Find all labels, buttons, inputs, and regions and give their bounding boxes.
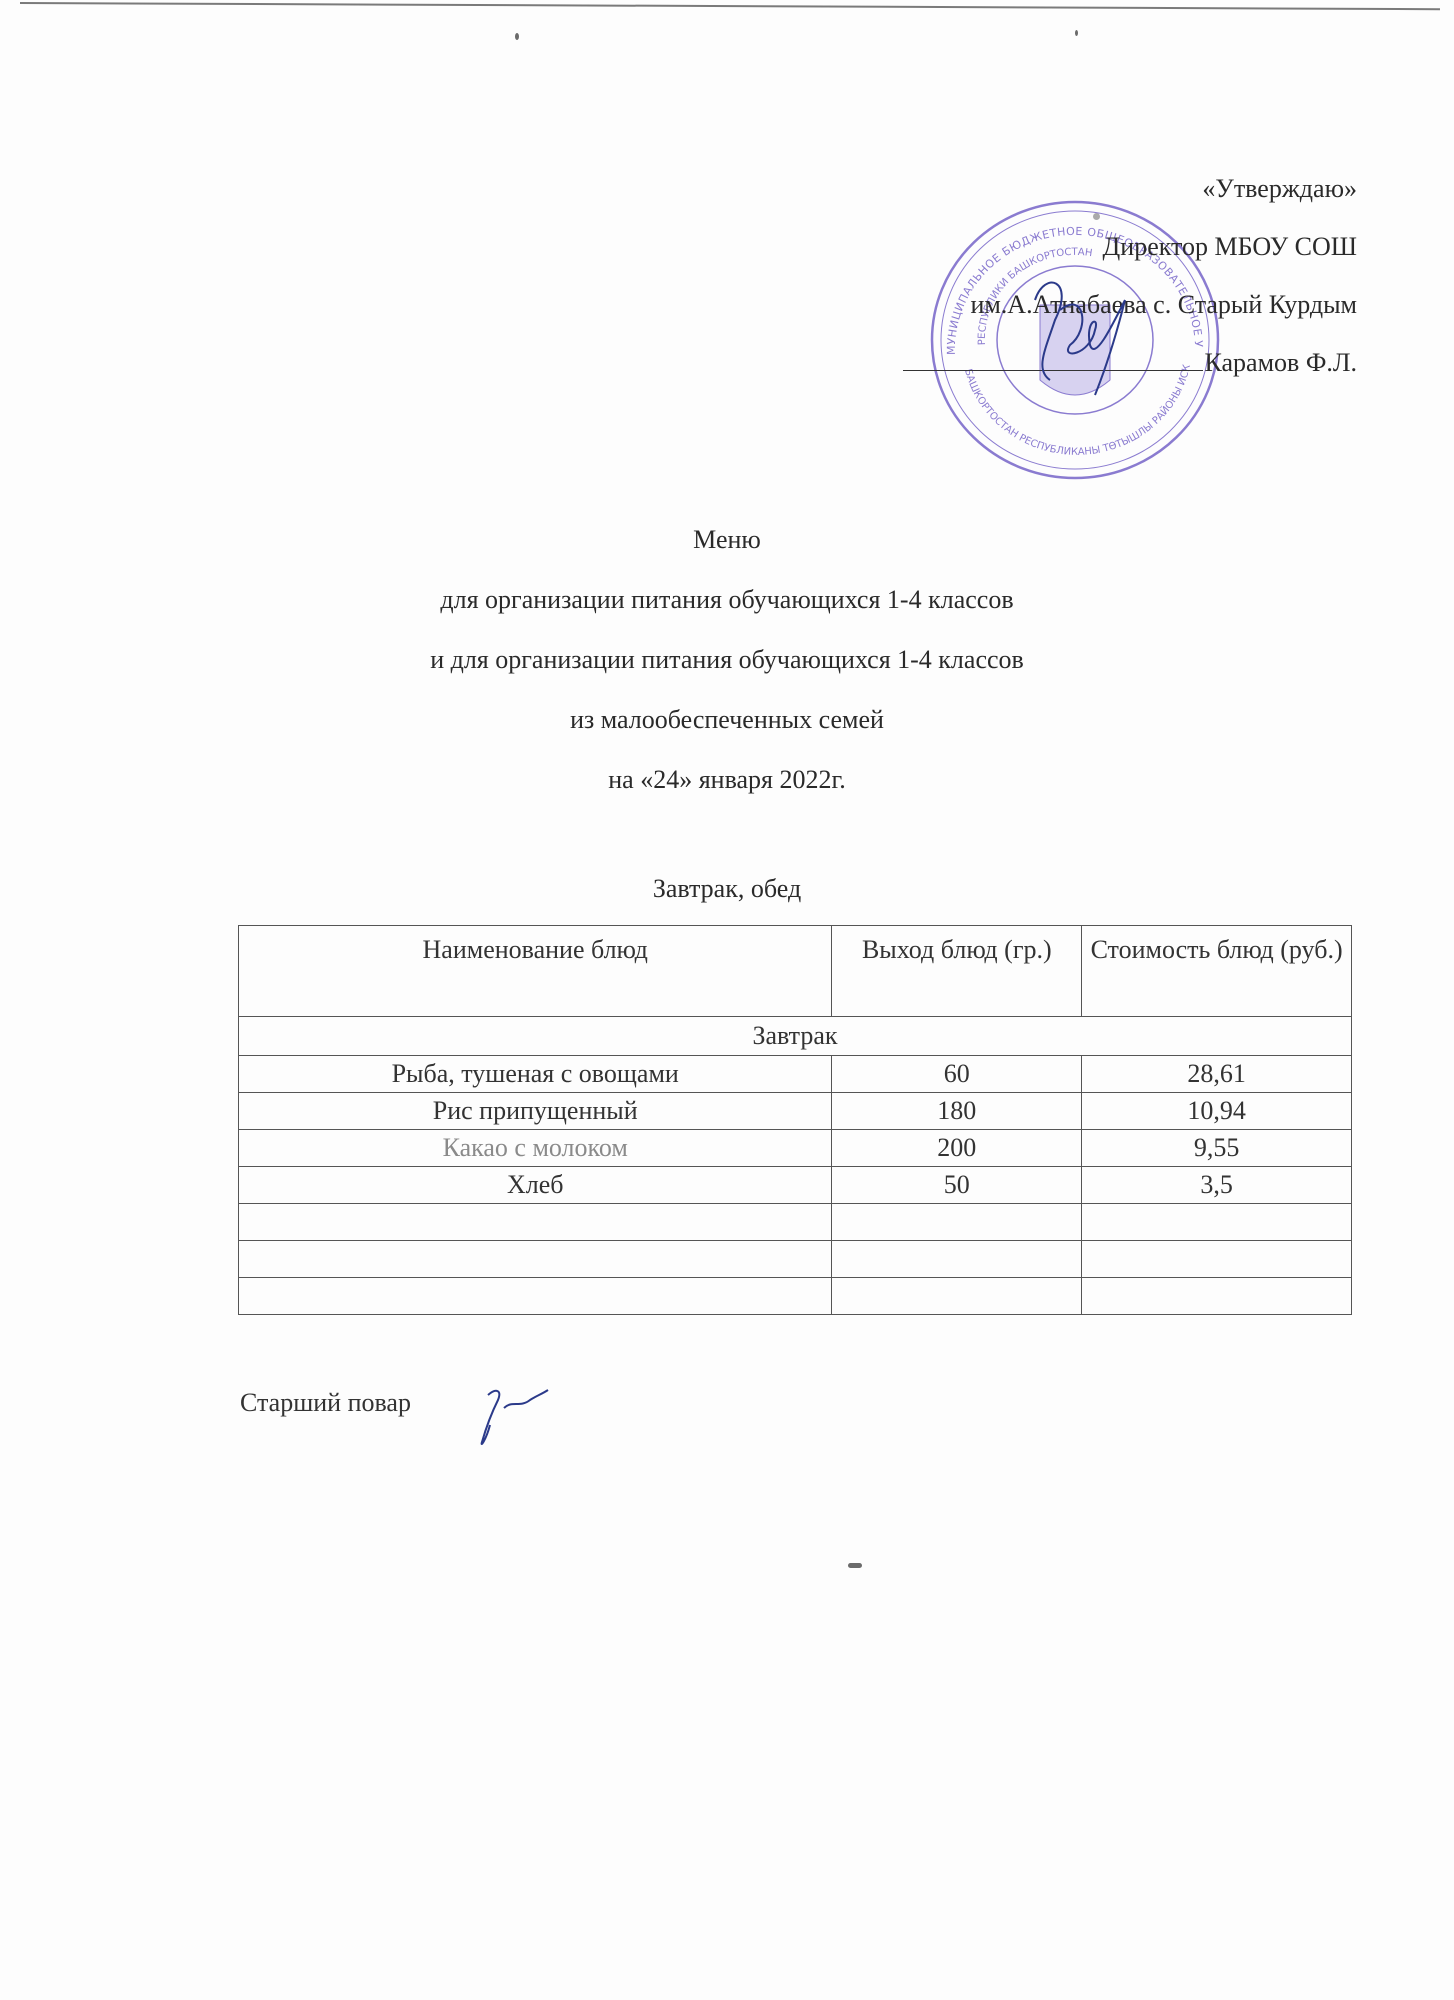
title-date: на «24» января 2022г. [0,750,1454,810]
table-row: Хлеб 50 3,5 [239,1167,1352,1204]
empty-cell [239,1241,832,1278]
dish-weight: 60 [832,1056,1082,1093]
empty-cell [1082,1241,1352,1278]
scan-speck [1075,30,1078,36]
section-row: Завтрак [239,1017,1352,1056]
scan-speck [515,33,519,40]
dish-name: Рыба, тушеная с овощами [239,1056,832,1093]
document-title: Меню для организации питания обучающихся… [0,510,1454,810]
empty-cell [832,1204,1082,1241]
dish-weight: 50 [832,1167,1082,1204]
header-dish-name: Наименование блюд [239,926,832,1017]
dish-name: Какао с молоком [239,1130,832,1167]
signature-underline [903,350,1203,371]
title-menu: Меню [0,510,1454,570]
cook-label: Старший повар [240,1388,411,1418]
empty-cell [1082,1204,1352,1241]
title-line-3: и для организации питания обучающихся 1-… [0,630,1454,690]
school-name: им.А.Атнабаева с. Старый Курдым [903,276,1357,334]
header-price: Стоимость блюд (руб.) [1082,926,1352,1017]
menu-table: Наименование блюд Выход блюд (гр.) Стоим… [238,925,1352,1315]
meal-label: Завтрак, обед [0,874,1454,904]
signer-name: Карамов Ф.Л. [1205,348,1357,377]
title-line-4: из малообеспеченных семей [0,690,1454,750]
dish-price: 9,55 [1082,1130,1352,1167]
table-header-row: Наименование блюд Выход блюд (гр.) Стоим… [239,926,1352,1017]
dish-price: 3,5 [1082,1167,1352,1204]
dish-weight: 200 [832,1130,1082,1167]
empty-cell [832,1278,1082,1315]
director-position: Директор МБОУ СОШ [903,218,1357,276]
approval-block: «Утверждаю» Директор МБОУ СОШ им.А.Атнаб… [903,160,1357,392]
empty-row [239,1278,1352,1315]
empty-cell [1082,1278,1352,1315]
empty-row [239,1204,1352,1241]
empty-cell [239,1278,832,1315]
table-row: Рис припущенный 180 10,94 [239,1093,1352,1130]
table-row: Рыба, тушеная с овощами 60 28,61 [239,1056,1352,1093]
section-breakfast: Завтрак [239,1017,1352,1056]
dish-price: 10,94 [1082,1093,1352,1130]
empty-row [239,1241,1352,1278]
dish-name: Рис припущенный [239,1093,832,1130]
approve-label: «Утверждаю» [903,160,1357,218]
dish-price: 28,61 [1082,1056,1352,1093]
scan-edge [20,2,1440,10]
scan-speck [848,1563,862,1568]
dish-name: Хлеб [239,1167,832,1204]
dish-weight: 180 [832,1093,1082,1130]
empty-cell [832,1241,1082,1278]
cook-signature-icon [470,1380,550,1450]
title-line-2: для организации питания обучающихся 1-4 … [0,570,1454,630]
table-row: Какао с молоком 200 9,55 [239,1130,1352,1167]
header-weight: Выход блюд (гр.) [832,926,1082,1017]
signer-line: Карамов Ф.Л. [903,334,1357,392]
empty-cell [239,1204,832,1241]
